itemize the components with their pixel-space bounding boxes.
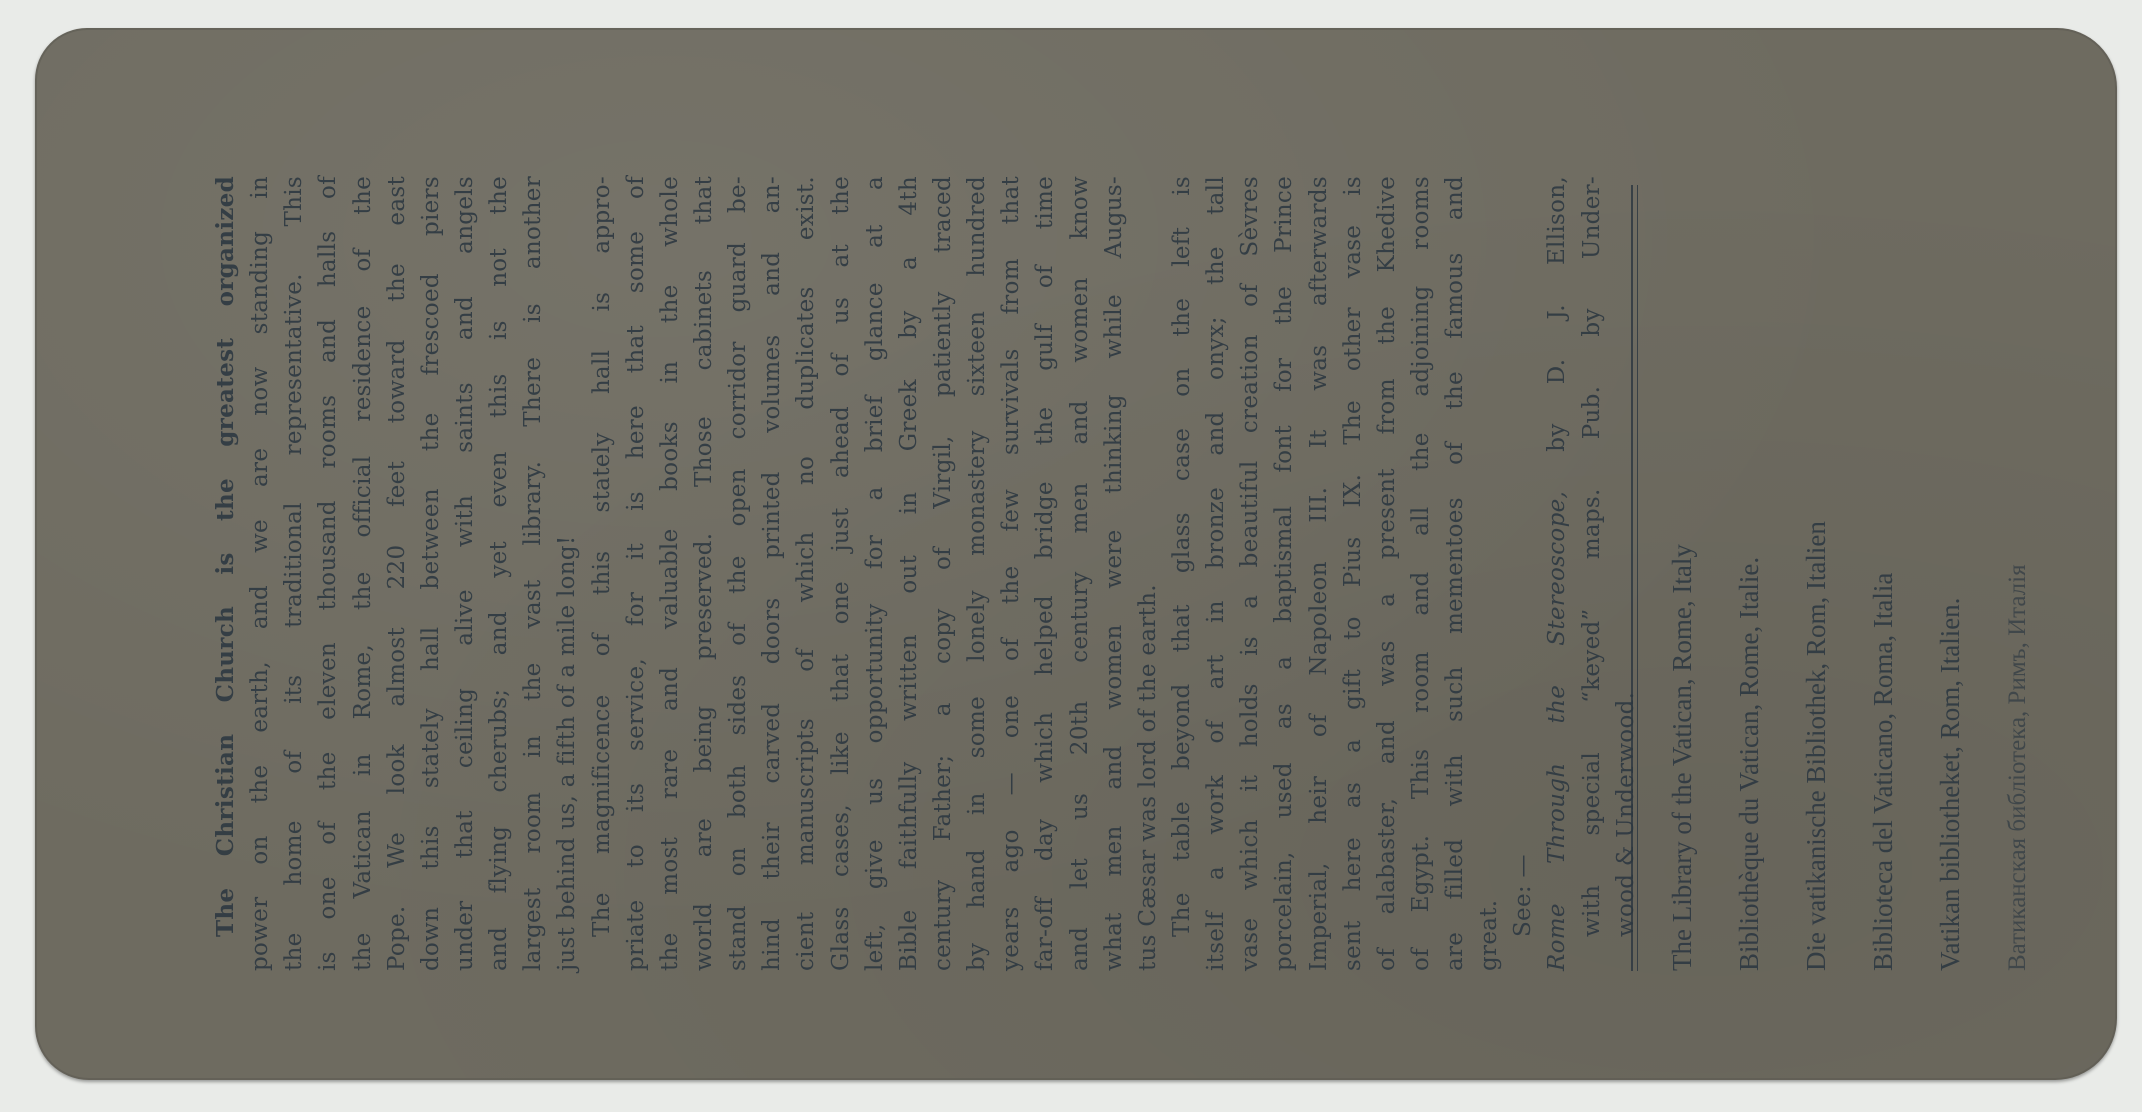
text-line: world are being preserved. Those cabinet…: [687, 176, 721, 971]
text-line: of Egypt. This room and all the adjoinin…: [1404, 176, 1438, 971]
text-line: far-off day which helped bridge the gulf…: [1028, 176, 1062, 971]
text-line: cient manuscripts of which no duplicates…: [789, 176, 823, 971]
text-line: Pope. We look almost 220 feet toward the…: [380, 176, 414, 971]
text-line: stand on both sides of the open corridor…: [721, 176, 755, 971]
text-line: The magnificence of this stately hall is…: [585, 176, 619, 971]
text-line: great.: [1472, 176, 1506, 971]
text-line: the home of its traditional representati…: [277, 176, 311, 971]
text-line: tus Cæsar was lord of the earth.: [1131, 176, 1165, 971]
text-line: itself a work of art in bronze and onyx;…: [1199, 176, 1233, 971]
title-russian: Ватиканская библіотека, Римъ, Италія: [1984, 171, 2051, 971]
text-line: years ago — one of the few survivals fro…: [994, 176, 1028, 971]
double-rule-top: [1631, 185, 1633, 971]
text-line: the Vatican in Rome, the official reside…: [346, 176, 380, 971]
text-line: of alabaster, and was a present from the…: [1370, 176, 1404, 971]
title-french: Bibliothèque du Vatican, Rome, Italie.: [1716, 171, 1783, 971]
title-swedish: Vatikan bibliotheket, Rom, Italien.: [1917, 171, 1984, 971]
text-line: by hand in some lonely monastery sixteen…: [960, 176, 994, 971]
see-label: See: —: [1506, 176, 1540, 971]
text-line: century Father; a copy of Virgil, patien…: [926, 176, 960, 971]
text-line: Glass cases, like that one just ahead of…: [824, 176, 858, 971]
text-line: The table beyond that glass case on the …: [1165, 176, 1199, 971]
double-rule-bottom: [1637, 185, 1638, 971]
text-line: under that ceiling alive with saints and…: [448, 176, 482, 971]
text-line: sent here as a gift to Pius IX. The othe…: [1336, 176, 1370, 971]
multilingual-titles: The Library of the Vatican, Rome, Italy …: [1649, 171, 2051, 971]
description-text: The Christian Church is the greatest org…: [209, 176, 1643, 971]
title-italian: Biblioteca del Vaticano, Roma, Italia: [1850, 171, 1917, 971]
text-line: power on the earth, and we are now stand…: [243, 176, 277, 971]
title-english: The Library of the Vatican, Rome, Italy: [1649, 171, 1716, 971]
text-line: and flying cherubs; and yet even this is…: [482, 176, 516, 971]
text-line: largest room in the vast library. There …: [516, 176, 550, 971]
text-line: vase which it holds is a beautiful creat…: [1233, 176, 1267, 971]
text-line: what men and women were thinking while A…: [1097, 176, 1131, 971]
text-line: Bible faithfully written out in Greek by…: [892, 176, 926, 971]
reference-title: Rome Through the Stereoscope,: [1544, 491, 1570, 971]
reference-line: Rome Through the Stereoscope, by D. J. E…: [1540, 176, 1574, 971]
text-line: hind their carved doors printed volumes …: [755, 176, 789, 971]
title-german: Die vatikanische Bibliothek, Rom, Italie…: [1783, 171, 1850, 971]
reference-line: with special “keyed” maps. Pub. by Under…: [1575, 176, 1609, 971]
text-line: Imperial, heir of Napoleon III. It was a…: [1302, 176, 1336, 971]
text-line: and let us 20th century men and women kn…: [1063, 176, 1097, 971]
text-line: porcelain, used as a baptismal font for …: [1267, 176, 1301, 971]
text-line: The Christian Church is the greatest org…: [209, 176, 243, 971]
text-line: left, give us opportunity for a brief gl…: [858, 176, 892, 971]
text-line: just behind us, a fifth of a mile long!: [550, 176, 584, 971]
text-line: the most rare and valuable books in the …: [653, 176, 687, 971]
text-line: is one of the eleven thousand rooms and …: [311, 176, 345, 971]
text-line: are filled with such mementoes of the fa…: [1438, 176, 1472, 971]
stereoview-card-back: The Christian Church is the greatest org…: [35, 28, 2117, 1080]
text-line: down this stately hall between the fresc…: [414, 176, 448, 971]
text-line: priate to its service, for it is here th…: [619, 176, 653, 971]
reference-author: by D. J. Ellison,: [1544, 176, 1570, 452]
rotated-text-page: The Christian Church is the greatest org…: [185, 158, 2085, 988]
